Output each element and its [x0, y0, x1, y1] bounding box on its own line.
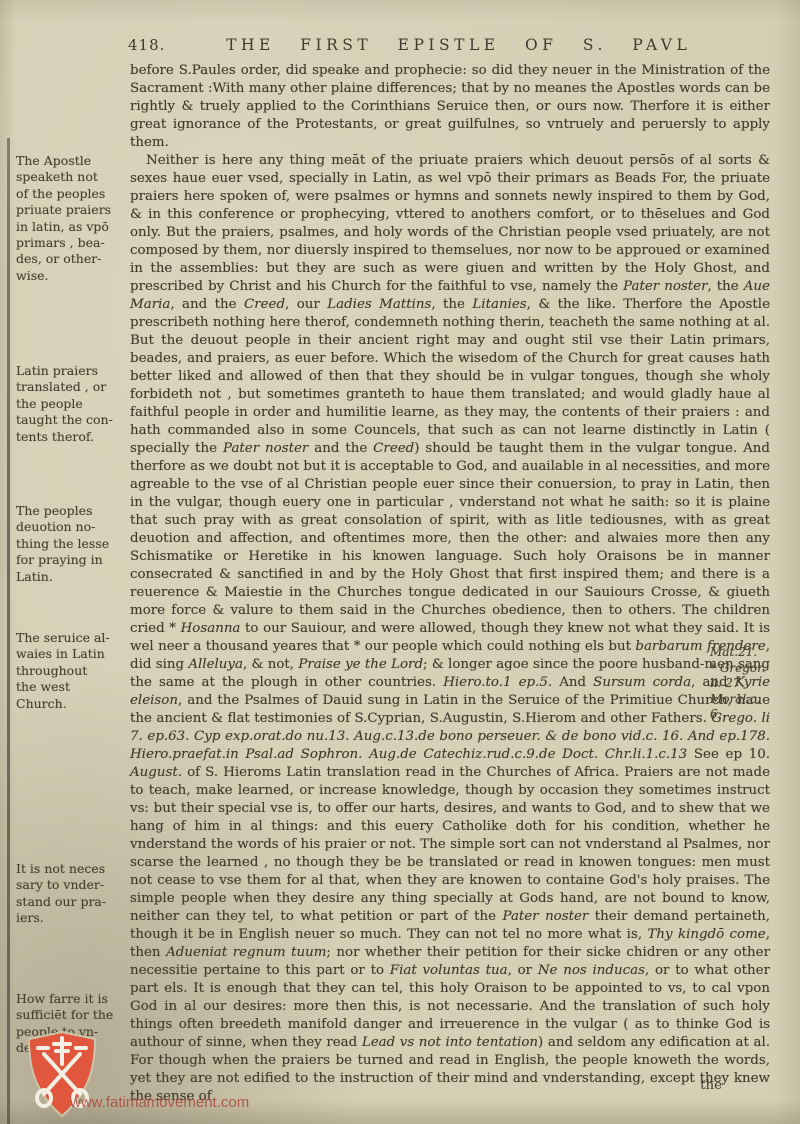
margin-note: The seruice al- waies in Latin throughou…	[16, 630, 128, 712]
italic-run: Creed	[373, 441, 414, 456]
italic-run: Lead vs not into tentation	[362, 1035, 538, 1050]
body-paragraph: before S.Paules order, did speake and pr…	[130, 62, 770, 152]
catchword: the	[130, 1078, 770, 1093]
left-margin-notes: The Apostle speaketh not of the peoples …	[16, 0, 128, 1124]
text-run: , & the like. Therfore the Apostle presc…	[130, 297, 770, 456]
margin-note: The Apostle speaketh not of the peoples …	[16, 153, 128, 284]
italic-run: Fiat voluntas tua	[390, 963, 508, 978]
italic-run: Adueniat regnum tuum	[166, 945, 326, 960]
running-title: THE FIRST EPISTLE OF S. PAVL	[165, 36, 776, 54]
page-number: 418.	[128, 36, 165, 54]
italic-run: Sursum corda	[593, 675, 691, 690]
text-run: , and the	[170, 297, 244, 312]
text-run: And	[552, 675, 593, 690]
text-run: of S. Hieroms Latin translation read in …	[130, 765, 770, 924]
italic-run: Ladies Mattins	[327, 297, 431, 312]
italic-run: August.	[130, 765, 182, 780]
italic-run: Litanies	[472, 297, 526, 312]
italic-run: Hosanna	[181, 621, 241, 636]
margin-note: Latin praiers translated , or the people…	[16, 363, 128, 445]
italic-run: Alleluya	[188, 657, 243, 672]
text-run: Neither is here any thing meāt of the pr…	[130, 153, 770, 294]
text-run: , and the Psalmes of Dauid sung in Latin…	[130, 693, 770, 726]
text-run: before S.Paules order, did speake and pr…	[130, 63, 770, 150]
watermark-url: www.fatimamovement.com	[70, 1094, 249, 1111]
text-run: and the	[308, 441, 373, 456]
scanned-book-page: 418. THE FIRST EPISTLE OF S. PAVL before…	[0, 0, 800, 1124]
italic-run: Creed	[244, 297, 285, 312]
margin-note: Mat.21. * Gregor. li. 27. Moral.c. 6.	[710, 645, 796, 723]
text-run: , or	[508, 963, 538, 978]
italic-run: Hiero.to.1 ep.5.	[443, 675, 552, 690]
italic-run: Ne nos inducas	[538, 963, 645, 978]
italic-run: Pater noster	[623, 279, 707, 294]
italic-run: Pater noster	[223, 441, 308, 456]
text-run: , & not,	[243, 657, 298, 672]
right-margin-notes: Mat.21. * Gregor. li. 27. Moral.c. 6.	[710, 0, 796, 1124]
page-header: 418. THE FIRST EPISTLE OF S. PAVL	[128, 36, 776, 54]
text-run: , our	[285, 297, 327, 312]
body-paragraph: Neither is here any thing meāt of the pr…	[130, 152, 770, 1106]
margin-note: It is not neces sary to vnder- stand our…	[16, 861, 128, 927]
text-run: , the	[431, 297, 472, 312]
text-run: ) should be taught them in the vulgar to…	[130, 441, 770, 636]
scan-edge-line	[7, 138, 10, 1124]
body-text: before S.Paules order, did speake and pr…	[130, 62, 770, 1106]
italic-run: Pater noster	[503, 909, 589, 924]
italic-run: Praise ye the Lord	[298, 657, 423, 672]
margin-note: The peoples deuotion no- thing the lesse…	[16, 503, 128, 585]
